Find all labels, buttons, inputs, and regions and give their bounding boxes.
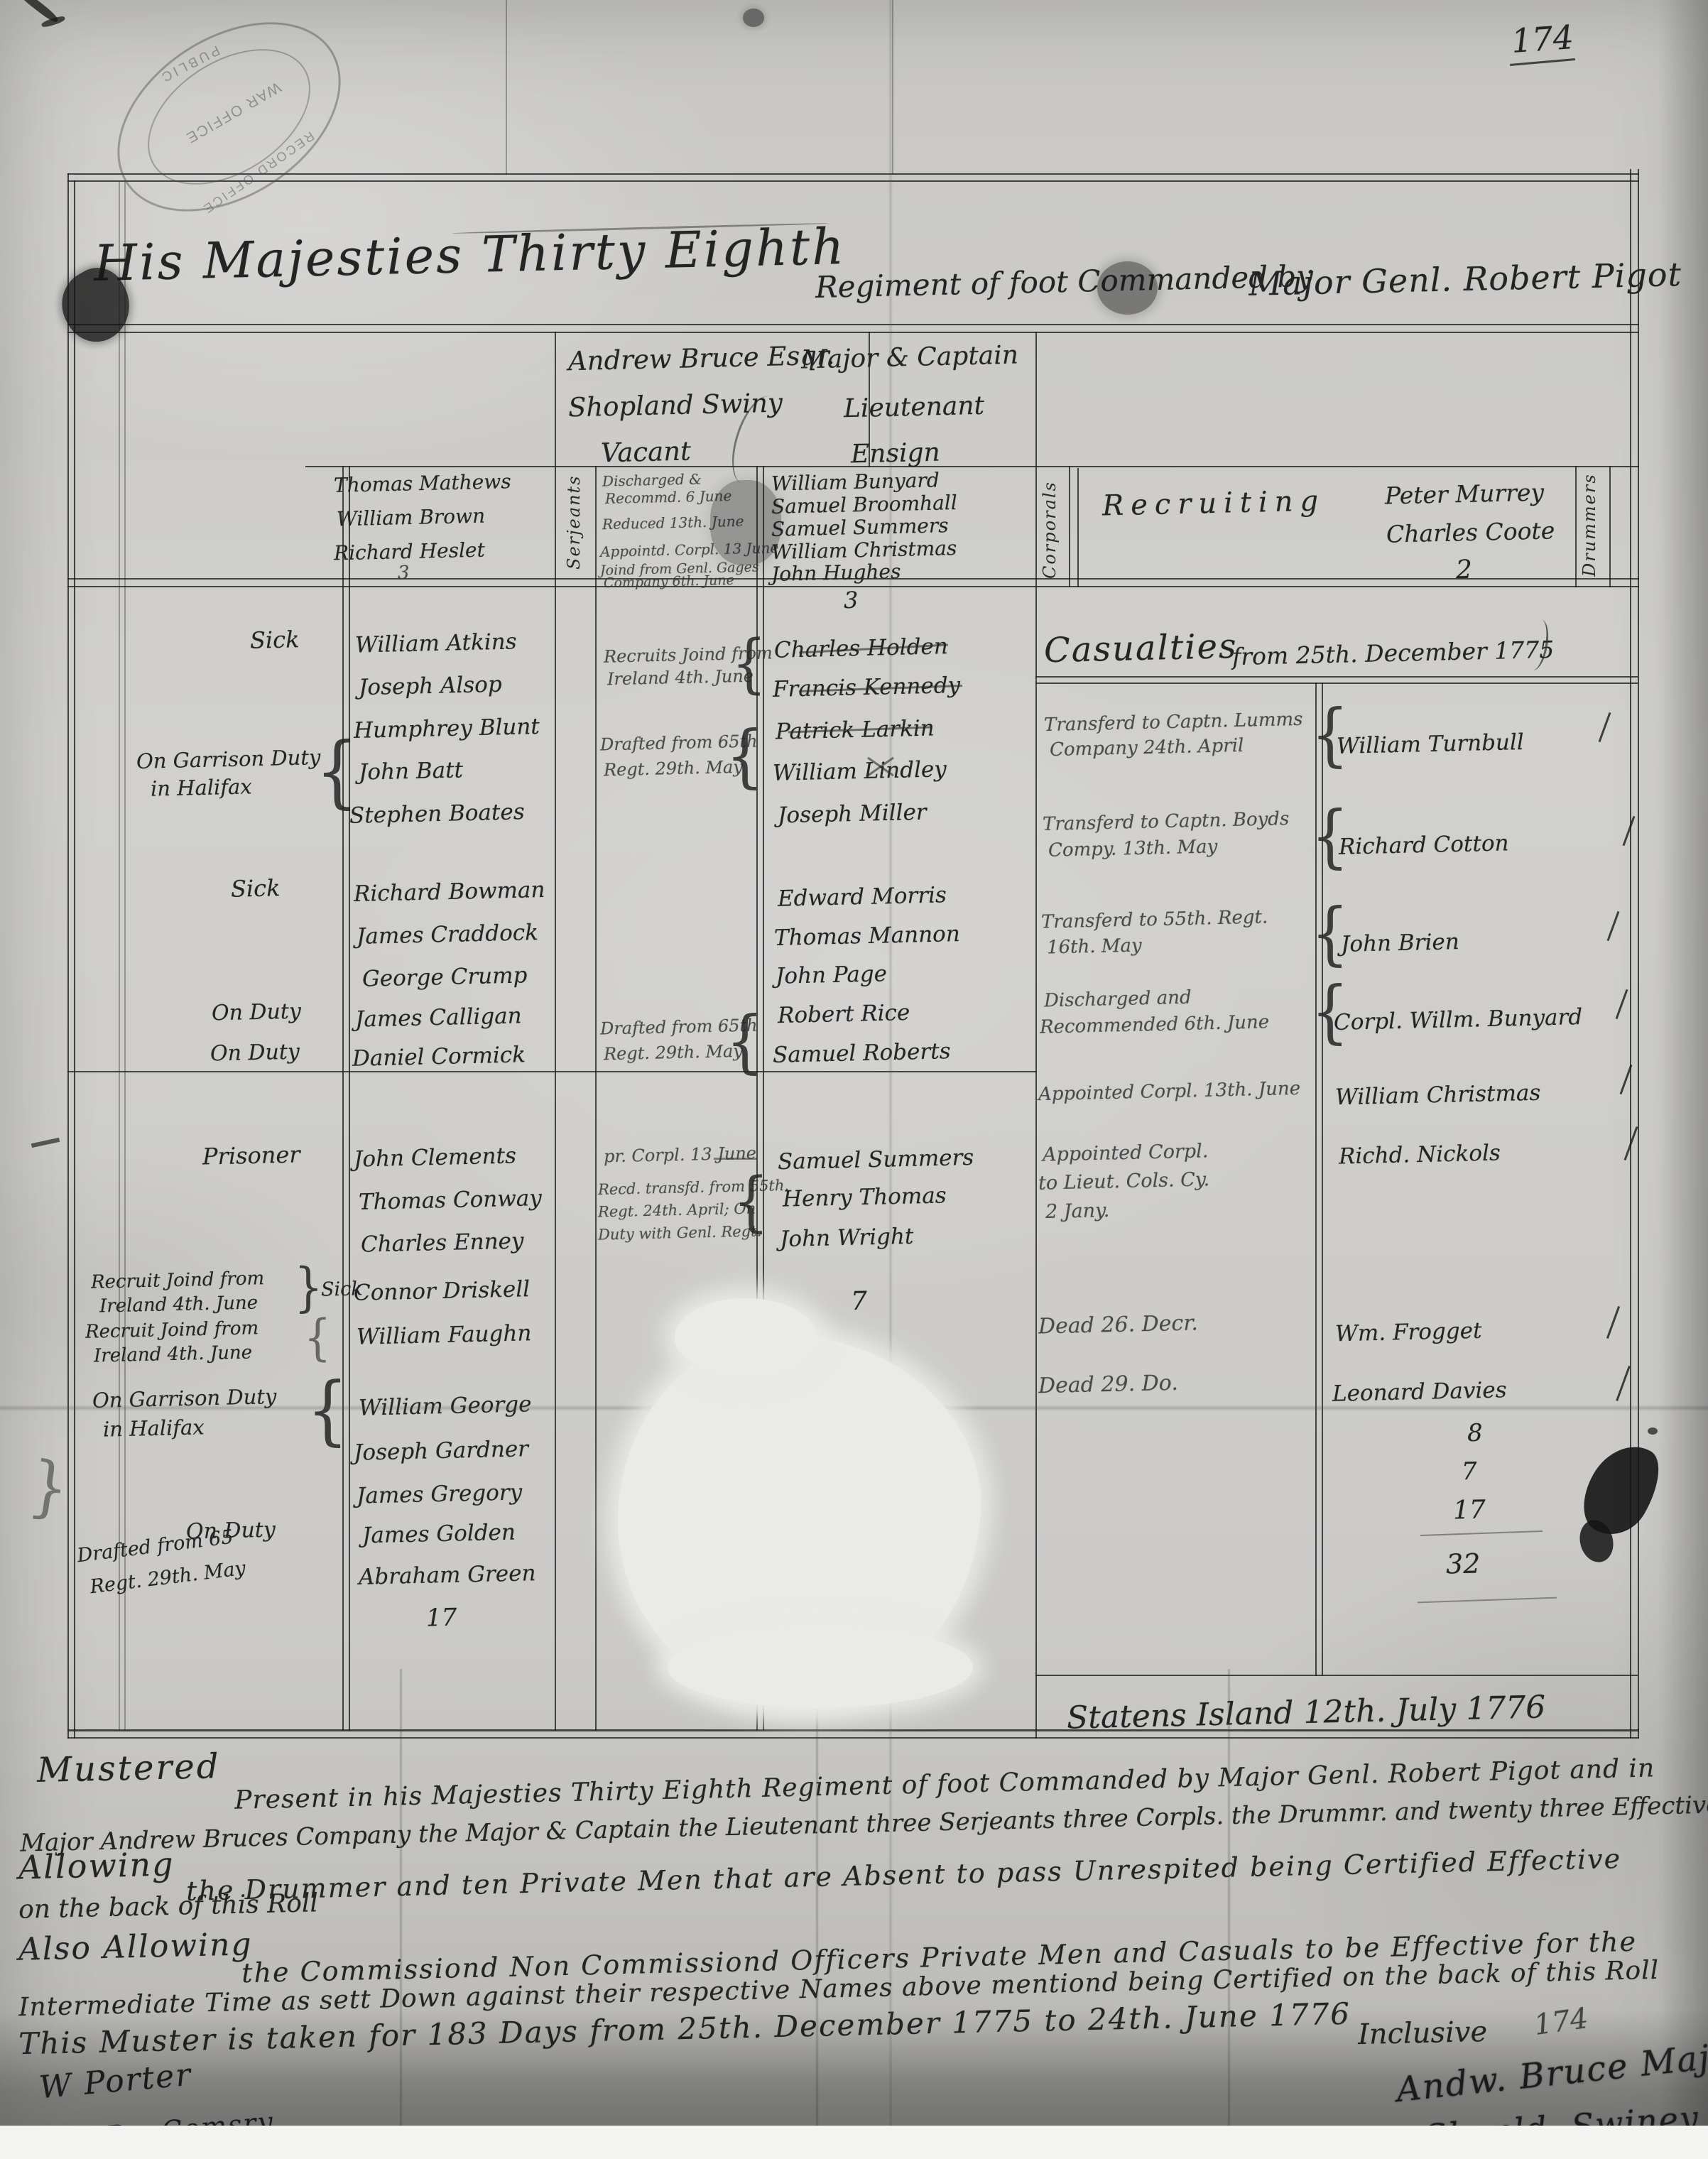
private-name: Samuel Roberts	[773, 1038, 951, 1068]
grid-line	[305, 466, 1639, 467]
grid-line	[67, 324, 1639, 325]
grid-line	[892, 0, 893, 175]
footer-allow-word: Allowing	[18, 1845, 175, 1887]
private-name: Henry Thomas	[783, 1182, 947, 1212]
scan-margin	[0, 2126, 1708, 2159]
footer-allow-line1: the Drummer and ten Private Men that are…	[186, 1843, 1622, 1907]
situation-label: Recruit Joind from	[85, 1317, 259, 1343]
grid-line	[1035, 332, 1037, 1739]
tally-slash	[1599, 712, 1611, 742]
smudge	[743, 9, 764, 27]
private-name: Edward Morris	[778, 882, 947, 911]
corporal-name: John Hughes	[771, 560, 901, 586]
casualty-name: Corpl. Willm. Bunyard	[1334, 1004, 1583, 1035]
private-name: John Wright	[780, 1224, 914, 1252]
footer-also-word: Also Allowing	[18, 1926, 253, 1967]
serjeant-remark: Company 6th. June	[604, 572, 734, 591]
tally-slash	[1616, 989, 1628, 1019]
private-name: James Calligan	[355, 1003, 522, 1032]
casualty-remark: Transferd to 55th. Regt.	[1041, 906, 1268, 932]
private-name: Humphrey Blunt	[354, 714, 540, 744]
private-name: Richard Bowman	[354, 877, 545, 907]
grid-line	[67, 1729, 1639, 1731]
column-count: 17	[426, 1604, 457, 1633]
grid-line	[124, 182, 126, 1730]
serjeant-name: Thomas Mathews	[334, 469, 511, 497]
casualty-remark: Transferd to Captn. Boyds	[1043, 808, 1290, 835]
footer-allow-line2: on the back of this Roll	[18, 1888, 319, 1925]
officer-rank: Ensign	[851, 438, 941, 469]
brace: {	[307, 1373, 349, 1448]
grid-line	[595, 466, 597, 1731]
private-name: Samuel Summers	[778, 1145, 974, 1175]
casualty-remark: Dead 29. Do.	[1038, 1371, 1179, 1398]
serjeants-count: 3	[398, 562, 410, 584]
margin-dash	[31, 1138, 60, 1148]
damage-patch	[675, 1298, 817, 1376]
casualty-remark: Recommended 6th. June	[1040, 1011, 1270, 1038]
remark: Regt. 24th. April; On	[598, 1200, 756, 1220]
private-name: Abraham Green	[359, 1560, 536, 1590]
casualties-header-date: from 25th. December 1775	[1232, 636, 1555, 670]
grid-line	[119, 182, 120, 1730]
grid-line	[349, 466, 350, 1731]
situation-label: Sick	[250, 626, 300, 654]
casualty-name: Wm. Frogget	[1335, 1318, 1482, 1347]
private-name: Charles Enney	[361, 1228, 524, 1257]
casualty-remark: Dead 26. Decr.	[1038, 1310, 1199, 1339]
situation-label: Ireland 4th. June	[94, 1342, 253, 1366]
grid-line	[67, 1071, 1037, 1072]
casualty-name: Leonard Davies	[1332, 1377, 1507, 1407]
tally-slash	[1616, 1366, 1631, 1401]
casualty-name: John Brien	[1341, 929, 1459, 957]
grid-line	[555, 332, 556, 1731]
private-name: John Page	[776, 961, 888, 989]
regiment-title-main: His Majesties Thirty Eighth	[93, 217, 847, 293]
private-name: William Lindley	[773, 756, 947, 786]
brace: {	[733, 1169, 769, 1234]
officer-name: Andrew Bruce Esqr.	[568, 340, 835, 377]
brace: {	[731, 632, 767, 696]
private-name: Thomas Conway	[359, 1185, 543, 1215]
situation-label: Ireland 4th. June	[99, 1292, 259, 1317]
private-name: John Clements	[354, 1143, 517, 1172]
situation-label: On Duty	[210, 1040, 300, 1067]
grid-line	[1035, 682, 1638, 684]
situation-label: in Halifax	[151, 774, 252, 800]
casualty-remark: Compy. 13th. May	[1048, 836, 1218, 861]
private-name: John Batt	[359, 757, 464, 785]
casualty-total: 7	[1462, 1457, 1478, 1486]
document-scan: { "page": { "folio_top": "174", "folio_b…	[0, 0, 1708, 2159]
casualty-remark: Transferd to Captn. Lumms	[1044, 709, 1303, 736]
private-name: Robert Rice	[778, 1000, 910, 1028]
private-name: Joseph Gardner	[354, 1436, 529, 1466]
private-name: James Gregory	[357, 1479, 523, 1508]
private-name: George Crump	[362, 962, 528, 991]
situation-label: Sick	[231, 874, 281, 903]
recruiting-name: Peter Murrey	[1385, 478, 1545, 509]
serjeants-column-label: Serjeants	[564, 475, 584, 570]
grid-line	[67, 173, 1639, 175]
private-name: Connor Driskell	[354, 1276, 531, 1306]
officer-rank: Major & Captain	[801, 341, 1019, 375]
brace: {	[726, 722, 763, 790]
corporals-count: 3	[844, 587, 859, 614]
casualty-remark: 2 Jany.	[1045, 1200, 1110, 1223]
regiment-title-mid: Regiment of foot Commanded by	[815, 259, 1314, 305]
recruiting-count: 2	[1456, 555, 1473, 585]
brace: {	[726, 1007, 763, 1076]
private-name: William Atkins	[355, 629, 517, 658]
serjeant-remark: Discharged &	[602, 470, 702, 489]
officer-name: Vacant	[601, 436, 692, 469]
regiment-title-commander: Major Genl. Robert Pigot	[1248, 255, 1682, 303]
private-name: Joseph Miller	[778, 800, 927, 829]
casualty-total: 8	[1467, 1419, 1484, 1447]
grid-line	[1069, 466, 1070, 587]
serjeant-name: William Brown	[337, 504, 486, 531]
remark: Regt. 29th. May	[604, 757, 743, 780]
drummers-column-label: Drummers	[1579, 473, 1599, 577]
casualty-remark: Company 24th. April	[1050, 735, 1244, 761]
grid-line	[1575, 466, 1577, 587]
situation-label: On Garrison Duty	[92, 1384, 277, 1413]
situation-label: Recruit Joind from	[91, 1268, 265, 1293]
grid-line	[67, 1737, 1639, 1739]
casualty-name: Richd. Nickols	[1339, 1140, 1501, 1169]
ink-smear	[1097, 261, 1158, 315]
casualty-total: 32	[1446, 1548, 1481, 1579]
casualty-remark: to Lieut. Cols. Cy.	[1038, 1168, 1210, 1194]
damage-patch	[668, 1626, 973, 1708]
remark: Regt. 29th. May	[604, 1041, 743, 1064]
situation-label: On Garrison Duty	[136, 745, 321, 773]
serjeant-name: Richard Heslet	[334, 538, 485, 565]
brace: {	[315, 732, 359, 810]
casualty-total: 17	[1453, 1495, 1486, 1525]
brace: {	[304, 1314, 331, 1363]
grid-line	[1077, 468, 1079, 587]
grid-line	[506, 0, 507, 175]
grid-line	[1035, 676, 1638, 678]
pen-flourish	[1523, 618, 1552, 672]
situation-label: in Halifax	[103, 1415, 205, 1441]
grid-line	[74, 180, 75, 1739]
sum-line	[1418, 1597, 1557, 1604]
grid-line	[67, 180, 1639, 182]
footer-inclusive: Inclusive	[1358, 2016, 1488, 2051]
casualty-remark: 16th. May	[1047, 935, 1142, 958]
private-name: James Craddock	[357, 920, 539, 950]
private-name: James Golden	[362, 1520, 516, 1549]
private-name: William George	[359, 1391, 532, 1421]
ink-smear	[710, 480, 781, 565]
grid-line	[1609, 466, 1611, 587]
casualty-remark: Appointed Corpl. 13th. June	[1038, 1078, 1301, 1105]
casualty-remark: Discharged and	[1044, 987, 1192, 1012]
column-count: 7	[851, 1287, 868, 1317]
grid-line	[1035, 1675, 1638, 1676]
signature-left: W Porter	[38, 2057, 193, 2106]
tally-slash	[1623, 816, 1636, 846]
casualty-name: Richard Cotton	[1339, 830, 1509, 859]
ink-speck	[1648, 1427, 1658, 1435]
footer-muster-word: Mustered	[36, 1746, 221, 1790]
grid-line	[342, 466, 344, 1731]
pen-flourish: }	[26, 1452, 73, 1523]
casualty-remark: Appointed Corpl.	[1043, 1140, 1209, 1165]
situation-label: Regt. 29th. May	[89, 1557, 247, 1599]
casualties-header: Casualties	[1043, 626, 1238, 670]
private-name: William Faughn	[357, 1320, 532, 1350]
situation-label: On Duty	[212, 999, 302, 1026]
officer-rank: Lieutenant	[844, 391, 985, 423]
brace: }	[294, 1262, 323, 1315]
casualty-name: William Turnbull	[1337, 729, 1525, 759]
war-office-stamp: PUBLIC RECORD OFFICE WAR OFFICE	[83, 0, 376, 251]
private-name: Stephen Boates	[349, 799, 525, 829]
private-name: Daniel Cormick	[352, 1042, 526, 1072]
private-name: Thomas Mannon	[774, 921, 960, 951]
grid-line	[67, 173, 69, 1739]
situation-label: Prisoner	[202, 1141, 300, 1170]
folio-number-bottom: 174	[1532, 2002, 1590, 2042]
grid-line	[67, 332, 1639, 333]
recruiting-name: Charles Coote	[1386, 516, 1555, 548]
corporals-column-label: Corporals	[1040, 481, 1060, 579]
recruiting-label: Recruiting	[1102, 484, 1326, 522]
casualty-name: William Christmas	[1335, 1080, 1541, 1111]
folio-number-top: 174	[1510, 18, 1574, 60]
private-name: Joseph Alsop	[359, 672, 502, 701]
tally-slash	[1607, 911, 1620, 941]
tally-slash	[1606, 1306, 1620, 1339]
sum-line	[1420, 1530, 1543, 1536]
